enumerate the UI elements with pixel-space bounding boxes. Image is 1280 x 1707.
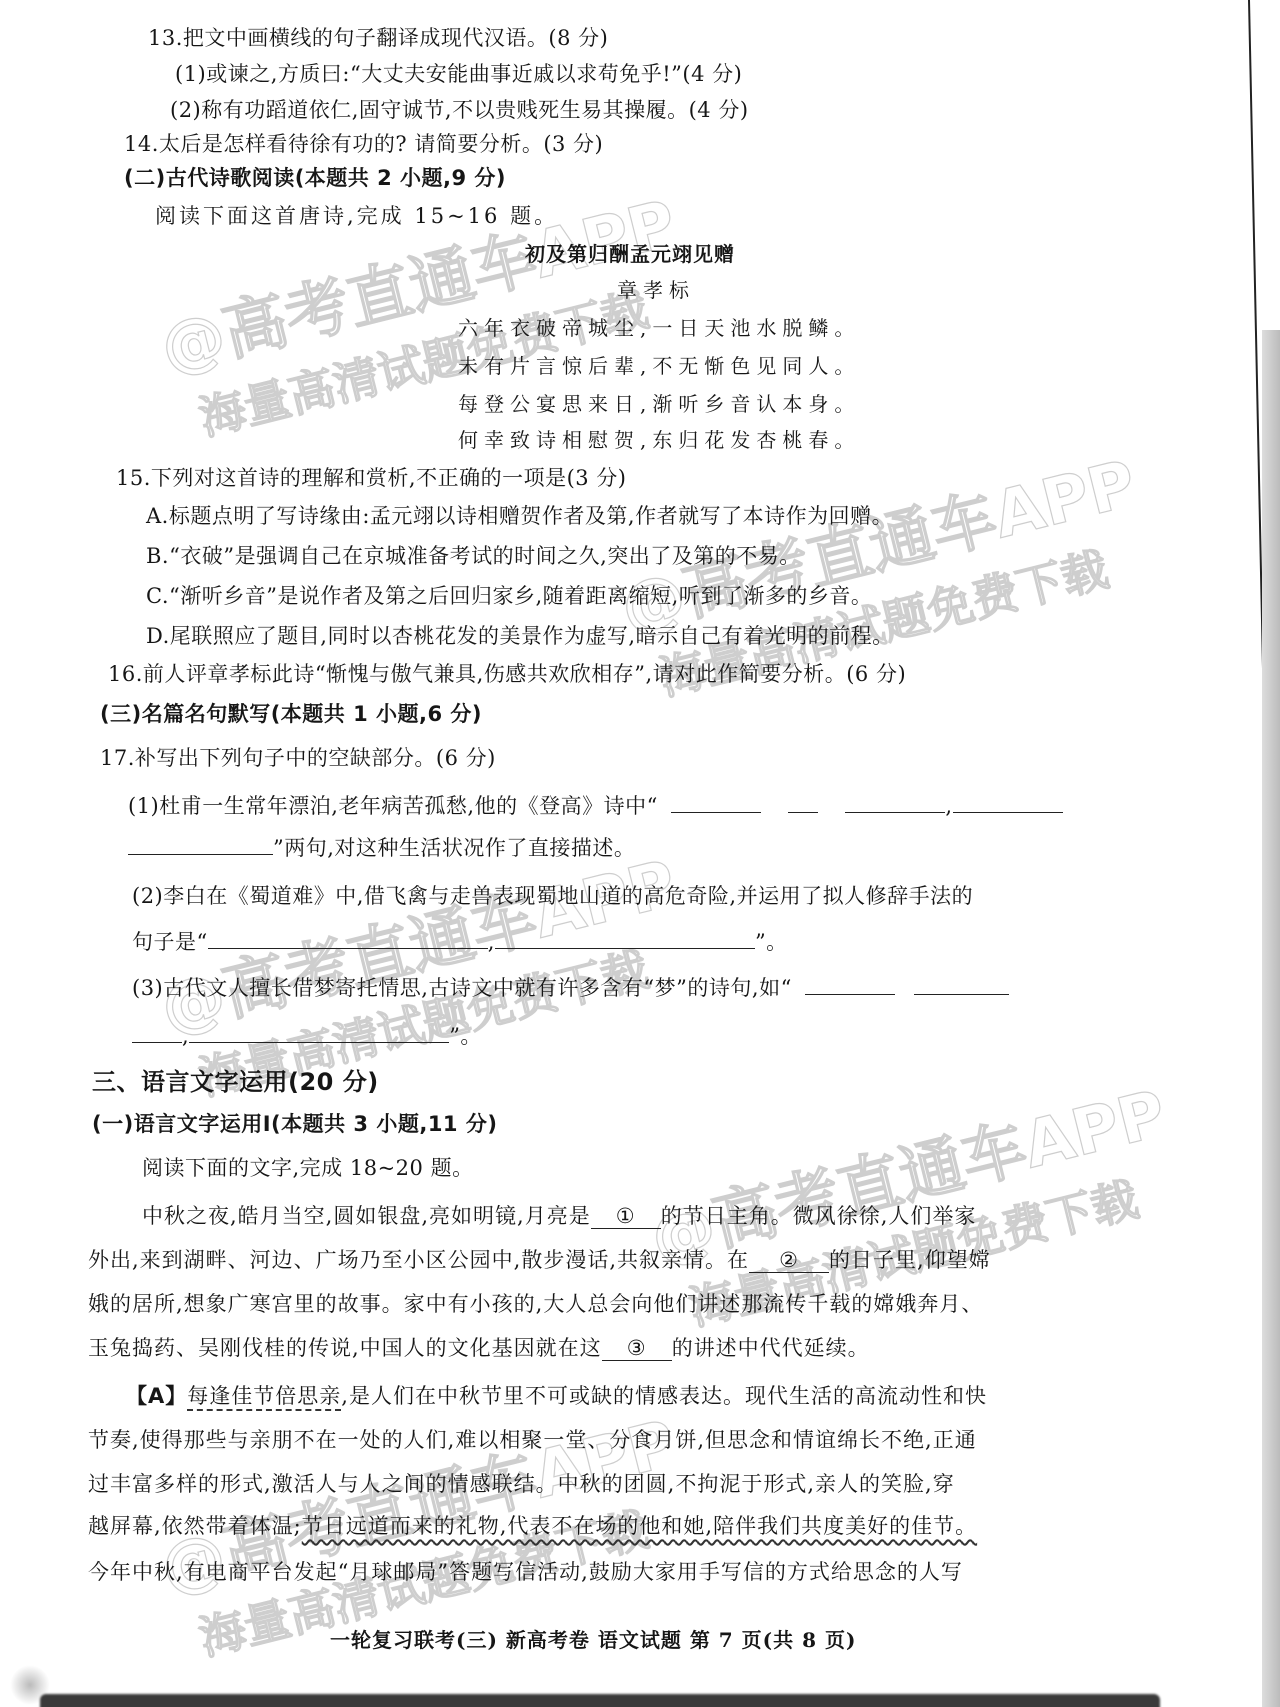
page-footer: 一轮复习联考(三) 新高考卷 语文试题 第 7 页(共 8 页) [330, 1624, 856, 1653]
fill-slot-1[interactable]: ① [591, 1204, 661, 1229]
answer-blank[interactable] [845, 794, 945, 813]
poem-title: 初及第归酬孟元翊见赠 [525, 238, 735, 267]
question-14-stem: 14.太后是怎样看待徐有功的? 请简要分析。(3 分) [124, 128, 603, 158]
question-16-stem: 16.前人评章孝标此诗“惭愧与傲气兼具,伤感共欢欣相存”,请对此作简要分析。(6… [108, 658, 906, 688]
passage-text: 越屏幕,依然带着体温; [88, 1514, 302, 1538]
question-15-option-a: A.标题点明了写诗缘由:孟元翊以诗相赠贺作者及第,作者就写了本诗作为回赠。 [146, 500, 893, 530]
answer-blank[interactable] [788, 794, 818, 813]
question-17-stem: 17.补写出下列句子中的空缺部分。(6 分) [100, 742, 496, 772]
passage-p2-line5: 今年中秋,有电商平台发起“月球邮局”答题写信活动,鼓励大家用手写信的方式给思念的… [88, 1556, 963, 1586]
passage-text: 的日子里,仰望嫦 [829, 1248, 991, 1272]
question-15-option-d: D.尾联照应了题目,同时以杏桃花发的美景作为虚写,暗示自己有着光明的前程。 [146, 620, 894, 650]
passage-p2-line4: 越屏幕,依然带着体温;节日远道而来的礼物,代表不在场的他和她,陪伴我们共度美好的… [88, 1510, 977, 1540]
question-15-option-b: B.“衣破”是强调自己在京城准备考试的时间之久,突出了及第的不易。 [146, 540, 801, 570]
section-heading-poetry: (二)古代诗歌阅读(本题共 2 小题,9 分) [124, 162, 506, 192]
poem-line-3: 每登公宴思来日,渐听乡音认本身。 [458, 388, 860, 417]
passage-p2-line2: 节奏,使得那些与亲朋不在一处的人们,难以相聚一堂、分食月饼,但思念和情谊绵长不绝… [88, 1424, 977, 1454]
wavy-underlined-sentence: 节日远道而来的礼物,代表不在场的他和她,陪伴我们共度美好的佳节。 [302, 1514, 977, 1538]
answer-blank[interactable] [132, 1024, 182, 1043]
q17-sub3-text: (3)古代文人擅长借梦寄托情思,古诗文中就有许多含有“梦”的诗句,如“ [132, 976, 792, 1000]
section-heading-recitation: (三)名篇名句默写(本题共 1 小题,6 分) [100, 698, 482, 728]
passage-p1-line4: 玉兔捣药、吴刚伐桂的传说,中国人的文化基因就在这③的讲述中代代延续。 [88, 1332, 870, 1362]
answer-blank[interactable] [953, 794, 1063, 813]
answer-blank[interactable] [805, 976, 895, 995]
q17-sub2-text-end: ”。 [755, 930, 788, 954]
question-17-sub3-line1: (3)古代文人擅长借梦寄托情思,古诗文中就有许多含有“梦”的诗句,如“ [132, 972, 1009, 1002]
comma: , [488, 930, 495, 954]
passage-text: ,是人们在中秋节里不可或缺的情感表达。现代生活的高流动性和快 [341, 1384, 987, 1408]
section-heading-language-use-1: (一)语言文字运用Ⅰ(本题共 3 小题,11 分) [92, 1108, 497, 1138]
poem-line-2: 未有片言惊后辈,不无惭色见同人。 [458, 350, 860, 379]
answer-blank[interactable] [914, 976, 1009, 995]
passage-p1-line1: 中秋之夜,皓月当空,圆如银盘,亮如明镜,月亮是①的节日主角。微风徐徐,人们举家 [142, 1200, 976, 1230]
q17-sub2-text: 句子是“ [132, 930, 208, 954]
answer-blank[interactable] [495, 930, 755, 949]
passage-p1-line3: 娥的居所,想象广寒宫里的故事。家中有小孩的,大人总会向他们讲述那流传千载的嫦娥奔… [88, 1288, 983, 1318]
question-13-sub2: (2)称有功蹈道依仁,固守诚节,不以贵贱死生易其操履。(4 分) [170, 94, 749, 124]
answer-blank[interactable] [189, 1024, 449, 1043]
passage-instruction: 阅读下面的文字,完成 18~20 题。 [142, 1152, 474, 1182]
q17-sub1-text: (1)杜甫一生常年漂泊,老年病苦孤愁,他的《登高》诗中“ [128, 794, 658, 818]
question-17-sub2-line2: 句子是“,”。 [132, 926, 788, 956]
passage-p2-line1: 【A】每逢佳节倍思亲,是人们在中秋节里不可或缺的情感表达。现代生活的高流动性和快 [126, 1380, 987, 1410]
question-13-stem: 13.把文中画横线的句子翻译成现代汉语。(8 分) [148, 22, 608, 52]
poem-author: 章孝标 [617, 274, 695, 303]
page-bottom-shadow [40, 1694, 1160, 1707]
question-17-sub1-line2: ”两句,对这种生活状况作了直接描述。 [128, 832, 635, 862]
marked-sentence-a: 每逢佳节倍思亲 [187, 1384, 341, 1408]
poem-line-1: 六年衣破帝城尘,一日天池水脱鳞。 [458, 312, 860, 341]
question-17-sub2-line1: (2)李白在《蜀道难》中,借飞禽与走兽表现蜀地山道的高危奇险,并运用了拟人修辞手… [132, 880, 973, 910]
answer-blank[interactable] [671, 794, 761, 813]
answer-blank[interactable] [128, 836, 273, 855]
passage-p2-line3: 过丰富多样的形式,激活人与人之间的情感联结。中秋的团圆,不拘泥于形式,亲人的笑脸… [88, 1468, 955, 1498]
q17-sub1-text-end: ”两句,对这种生活状况作了直接描述。 [273, 836, 635, 860]
question-17-sub1-line1: (1)杜甫一生常年漂泊,老年病苦孤愁,他的《登高》诗中“ , [128, 790, 1063, 820]
answer-blank[interactable] [208, 930, 488, 949]
marker-a: 【A】 [126, 1384, 187, 1408]
passage-text: 中秋之夜,皓月当空,圆如银盘,亮如明镜,月亮是 [142, 1204, 591, 1228]
comma: , [945, 794, 952, 818]
poetry-instruction: 阅读下面这首唐诗,完成 15~16 题。 [155, 200, 558, 230]
passage-text: 的讲述中代代延续。 [672, 1336, 870, 1360]
question-15-stem: 15.下列对这首诗的理解和赏析,不正确的一项是(3 分) [116, 462, 627, 492]
paper-edge-shadow [1262, 330, 1280, 1707]
fill-slot-3[interactable]: ③ [602, 1336, 672, 1361]
passage-text: 的节日主角。微风徐徐,人们举家 [661, 1204, 977, 1228]
poem-line-4: 何幸致诗相慰贺,东归花发杏桃春。 [458, 424, 860, 453]
comma: , [182, 1024, 189, 1048]
part-heading-language-use: 三、语言文字运用(20 分) [92, 1062, 379, 1097]
q17-sub3-text-end: ”。 [449, 1024, 482, 1048]
question-15-option-c: C.“渐听乡音”是说作者及第之后回归家乡,随着距离缩短,听到了渐多的乡音。 [146, 580, 872, 610]
fill-slot-2[interactable]: ② [749, 1248, 829, 1273]
exam-page: @高考直通车APP 海量高清试题免费下载 @高考直通车APP 海量高清试题免费下… [0, 0, 1280, 1707]
question-13-sub1: (1)或谏之,方质曰:“大丈夫安能曲事近戚以求苟免乎!”(4 分) [175, 58, 742, 88]
passage-text: 玉兔捣药、吴刚伐桂的传说,中国人的文化基因就在这 [88, 1336, 602, 1360]
question-17-sub3-line2: ,”。 [132, 1020, 482, 1050]
passage-p1-line2: 外出,来到湖畔、河边、广场乃至小区公园中,散步漫话,共叙亲情。在②的日子里,仰望… [88, 1244, 991, 1274]
passage-text: 外出,来到湖畔、河边、广场乃至小区公园中,散步漫话,共叙亲情。在 [88, 1248, 749, 1272]
